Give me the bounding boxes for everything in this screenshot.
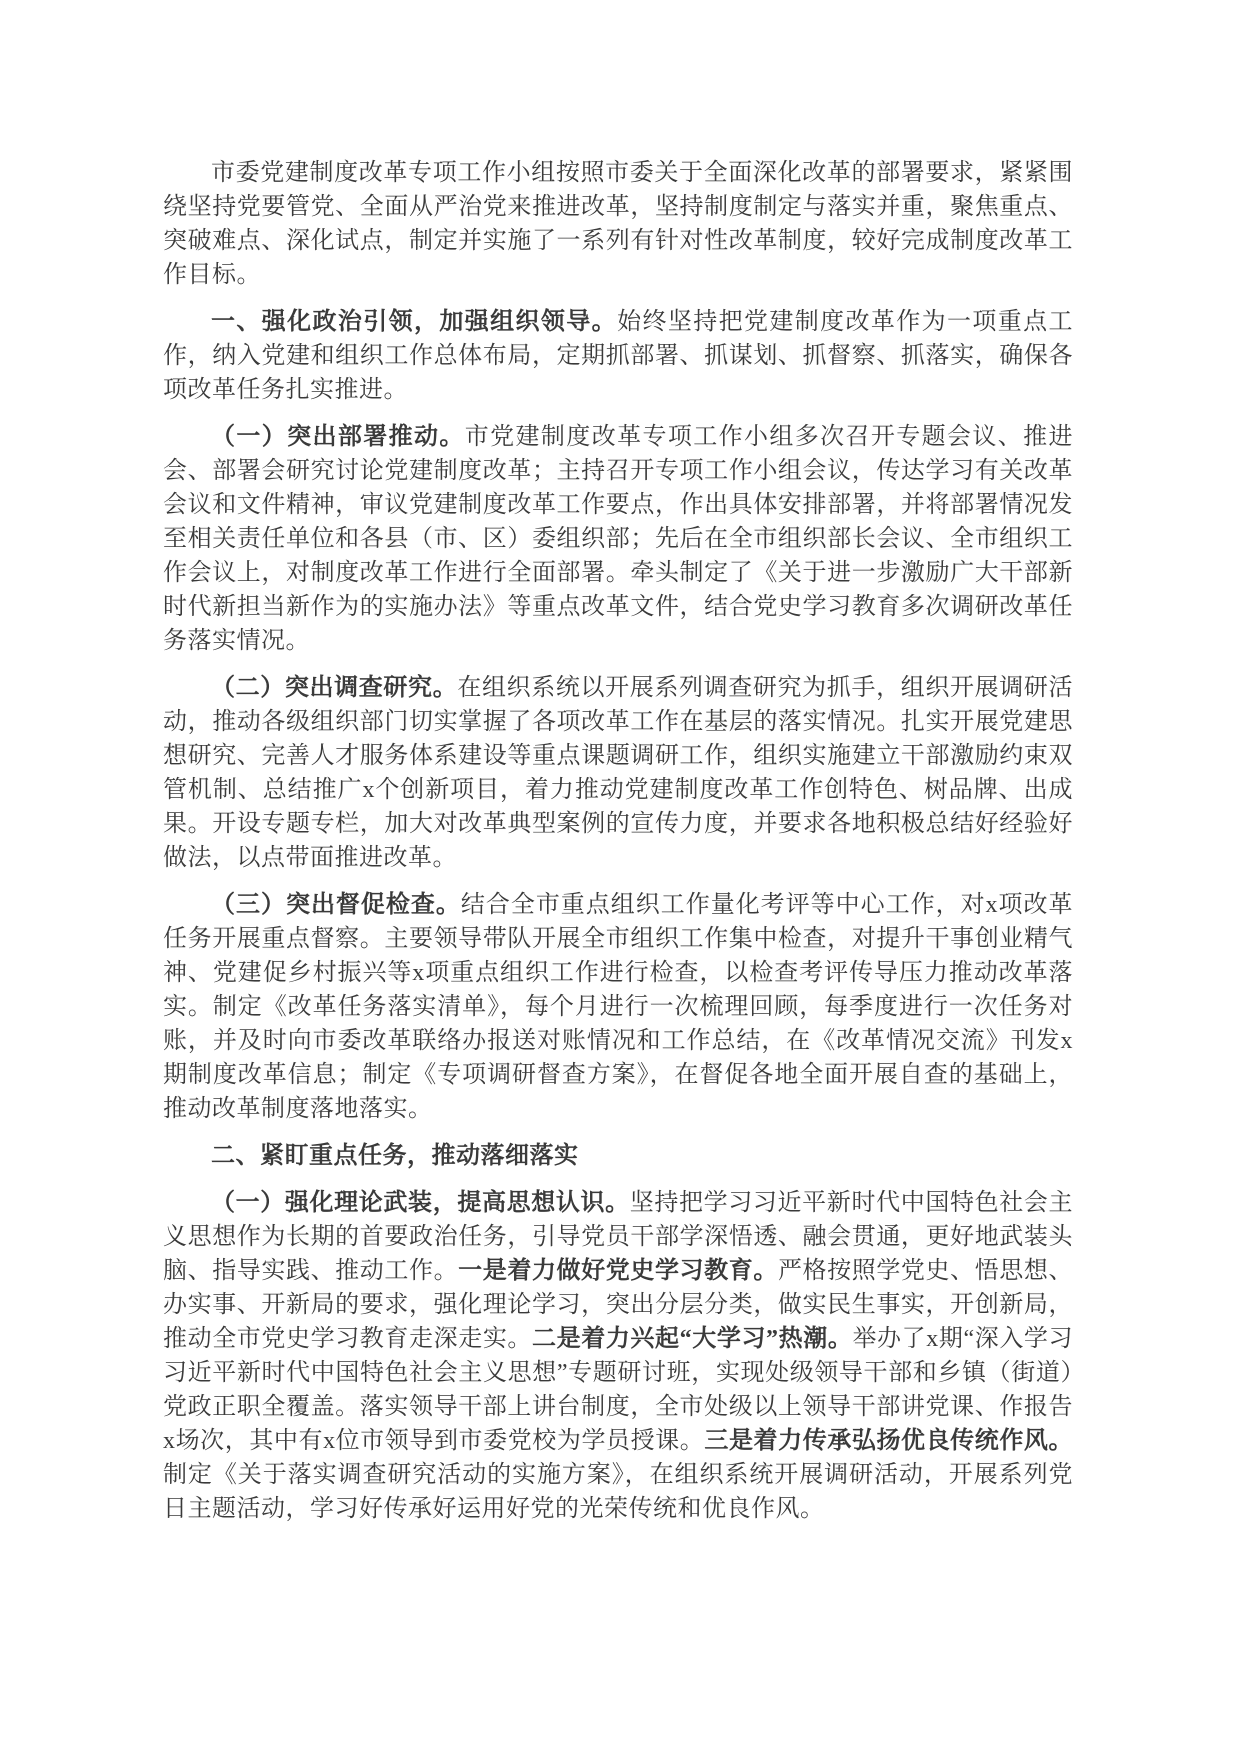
section-1-1-heading: （一）突出部署推动。 [211,424,465,450]
intro-paragraph: 市委党建制度改革专项工作小组按照市委关于全面深化改革的部署要求，紧紧围绕坚持党要… [163,156,1073,292]
point-3-heading: 三是着力传承弘扬优良传统作风。 [704,1428,1073,1454]
section-2-heading: 二、紧盯重点任务，推动落细落实 [211,1143,579,1169]
section-1-3-paragraph: （三）突出督促检查。结合全市重点组织工作量化考评等中心工作，对x项改革任务开展重… [163,888,1073,1126]
paragraph-text: 市委党建制度改革专项工作小组按照市委关于全面深化改革的部署要求，紧紧围绕坚持党要… [163,160,1073,288]
section-2-1-paragraph: （一）强化理论武装，提高思想认识。坚持把学习习近平新时代中国特色社会主义思想作为… [163,1186,1073,1526]
document-page: 市委党建制度改革专项工作小组按照市委关于全面深化改革的部署要求，紧紧围绕坚持党要… [0,0,1240,1754]
paragraph-text: 在组织系统以开展系列调查研究为抓手，组织开展调研活动，推动各级组织部门切实掌握了… [163,675,1073,871]
section-1-1-paragraph: （一）突出部署推动。市党建制度改革专项工作小组多次召开专题会议、推进会、部署会研… [163,420,1073,658]
section-2-heading-paragraph: 二、紧盯重点任务，推动落细落实 [163,1139,1073,1173]
paragraph-text: 市党建制度改革专项工作小组多次召开专题会议、推进会、部署会研究讨论党建制度改革；… [163,424,1073,654]
paragraph-text: 制定《关于落实调查研究活动的实施方案》，在组织系统开展调研活动，开展系列党日主题… [163,1462,1073,1522]
section-1-2-paragraph: （二）突出调查研究。在组织系统以开展系列调查研究为抓手，组织开展调研活动，推动各… [163,671,1073,875]
point-2-heading: 二是着力兴起“大学习”热潮。 [532,1326,852,1352]
section-1-heading: 一、强化政治引领，加强组织领导。 [211,309,617,335]
section-1-3-heading: （三）突出督促检查。 [211,892,461,918]
document-body: 市委党建制度改革专项工作小组按照市委关于全面深化改革的部署要求，紧紧围绕坚持党要… [163,156,1073,1539]
section-1-2-heading: （二）突出调查研究。 [211,675,457,701]
point-1-heading: 一是着力做好党史学习教育。 [458,1258,778,1284]
paragraph-text: 结合全市重点组织工作量化考评等中心工作，对x项改革任务开展重点督察。主要领导带队… [163,892,1073,1122]
section-1-paragraph: 一、强化政治引领，加强组织领导。始终坚持把党建制度改革作为一项重点工作，纳入党建… [163,305,1073,407]
section-2-1-heading: （一）强化理论武装，提高思想认识。 [211,1190,630,1216]
